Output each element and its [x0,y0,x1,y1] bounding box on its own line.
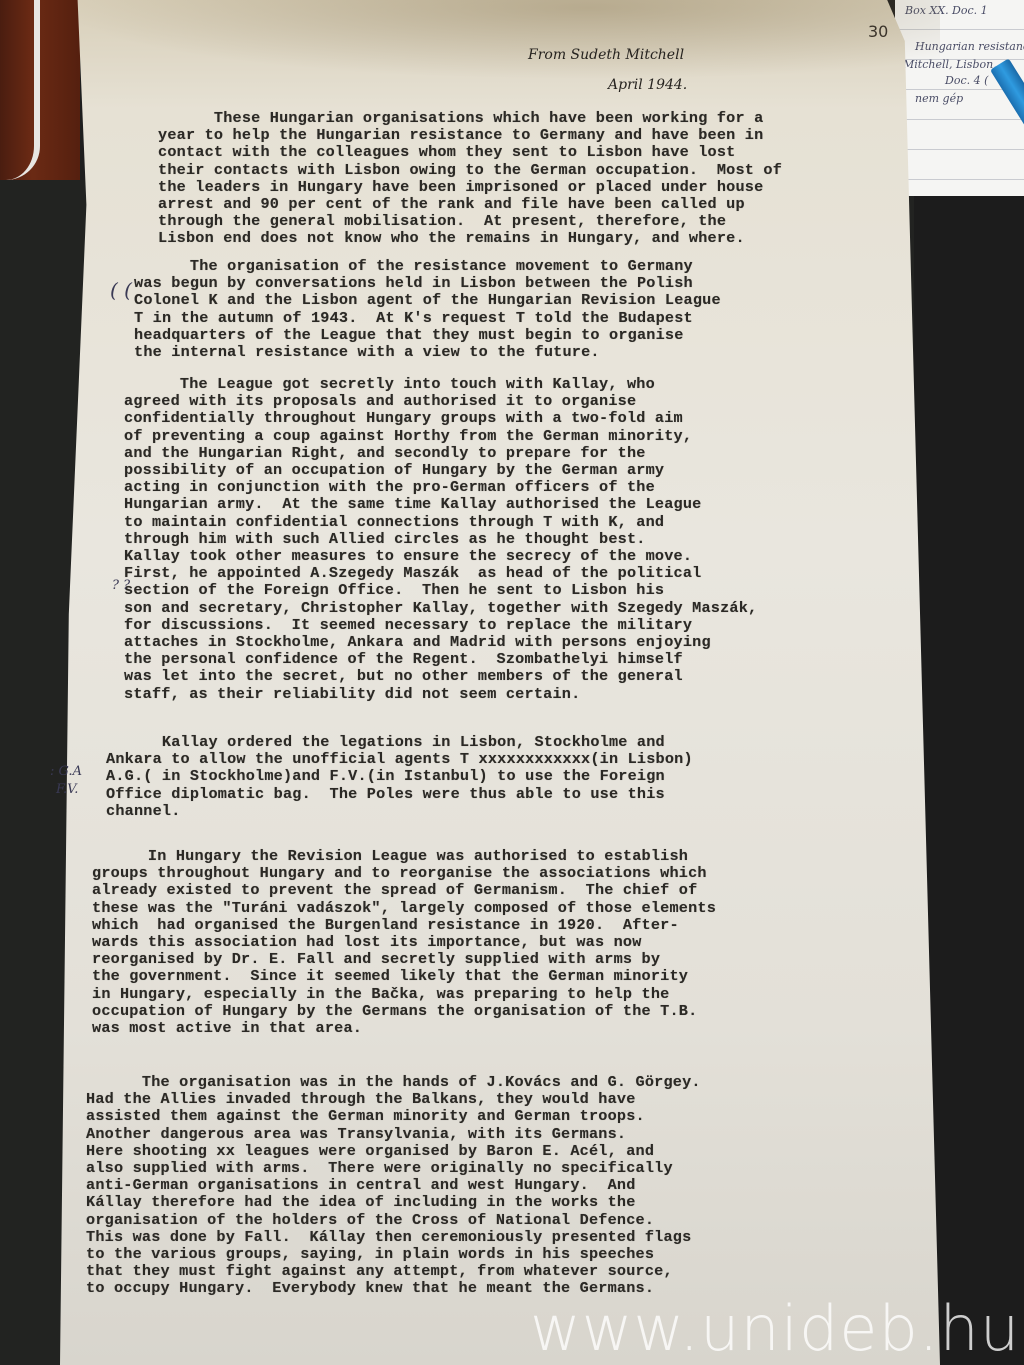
text-line: also supplied with arms. There were orig… [86,1160,701,1177]
text-line: the leaders in Hungary have been impriso… [158,179,782,196]
text-line: Hungarian army. At the same time Kallay … [124,496,757,513]
text-line: First, he appointed A.Szegedy Maszák as … [124,565,757,582]
text-line: wards this association had lost its impo… [92,934,716,951]
text-line: The organisation was in the hands of J.K… [86,1074,701,1091]
text-line: acting in conjunction with the pro-Germa… [124,479,757,496]
note-line: Doc. 4 ( [945,74,988,87]
text-line: was begun by conversations held in Lisbo… [134,275,721,292]
text-line: already existed to prevent the spread of… [92,882,716,899]
text-line: organisation of the holders of the Cross… [86,1212,701,1229]
text-line: occupation of Hungary by the Germans the… [92,1003,716,1020]
handwritten-header: From Sudeth Mitchell April 1944. [528,40,687,100]
text-line: confidentially throughout Hungary groups… [124,410,757,427]
text-line: Kállay therefore had the idea of includi… [86,1194,701,1211]
note-line: Box XX. Doc. 1 [905,4,988,17]
text-line: Lisbon end does not know who the remains… [158,230,782,247]
text-line: A.G.( in Stockholme)and F.V.(in Istanbul… [106,768,693,785]
paragraph: These Hungarian organisations which have… [158,110,782,248]
text-line: through the general mobilisation. At pre… [158,213,782,230]
text-line: was most active in that area. [92,1020,716,1037]
text-line: anti-German organisations in central and… [86,1177,701,1194]
text-line: to the various groups, saying, in plain … [86,1246,701,1263]
paragraph: The organisation of the resistance movem… [134,258,721,361]
note-line: Mitchell, Lisbon, [903,58,997,71]
text-line: groups throughout Hungary and to reorgan… [92,865,716,882]
text-line: the internal resistance with a view to t… [134,344,721,361]
margin-note-initials: F.V. [56,782,78,798]
text-line: attaches in Stockholme, Ankara and Madri… [124,634,757,651]
text-line: that they must fight against any attempt… [86,1263,701,1280]
text-line: Another dangerous area was Transylvania,… [86,1126,701,1143]
text-line: These Hungarian organisations which have… [158,110,782,127]
text-line: The organisation of the resistance movem… [134,258,721,275]
text-line: Had the Allies invaded through the Balka… [86,1091,701,1108]
note-line: Hungarian resistance [915,40,1024,53]
margin-note-brackets: ( ( [110,282,132,298]
text-line: son and secretary, Christopher Kallay, t… [124,600,757,617]
text-line: The League got secretly into touch with … [124,376,757,393]
text-line: reorganised by Dr. E. Fall and secretly … [92,951,716,968]
text-line: agreed with its proposals and authorised… [124,393,757,410]
paragraph: Kallay ordered the legations in Lisbon, … [106,734,693,820]
text-line: and the Hungarian Right, and secondly to… [124,445,757,462]
text-line: Colonel K and the Lisbon agent of the Hu… [134,292,721,309]
handwritten-header-line: From Sudeth Mitchell [528,47,684,63]
text-line: the personal confidence of the Regent. S… [124,651,757,668]
text-line: year to help the Hungarian resistance to… [158,127,782,144]
page-number: 30 [868,22,888,41]
paragraph: The organisation was in the hands of J.K… [86,1074,701,1298]
text-line: these was the "Turáni vadászok", largely… [92,900,716,917]
note-line: nem gép [915,92,963,105]
text-line: staff, as their reliability did not seem… [124,686,757,703]
text-line: Here shooting xx leagues were organised … [86,1143,701,1160]
text-line: in Hungary, especially in the Bačka, was… [92,986,716,1003]
text-line: headquarters of the League that they mus… [134,327,721,344]
margin-note-initials: : G.A [50,764,82,780]
watermark: www.unideb.hu [530,1292,1020,1365]
text-line: contact with the colleagues whom they se… [158,144,782,161]
text-line: Office diplomatic bag. The Poles were th… [106,786,693,803]
paragraph: In Hungary the Revision League was autho… [92,848,716,1037]
text-line: In Hungary the Revision League was autho… [92,848,716,865]
text-line: for discussions. It seemed necessary to … [124,617,757,634]
text-line: of preventing a coup against Horthy from… [124,428,757,445]
text-line: T in the autumn of 1943. At K's request … [134,310,721,327]
text-line: arrest and 90 per cent of the rank and f… [158,196,782,213]
handwritten-notes-page: Box XX. Doc. 1 Hungarian resistance Mitc… [895,0,1024,196]
text-line: to maintain confidential connections thr… [124,514,757,531]
cable [6,0,40,180]
text-line: their contacts with Lisbon owing to the … [158,162,782,179]
text-line: section of the Foreign Office. Then he s… [124,582,757,599]
text-line: This was done by Fall. Kállay then cerem… [86,1229,701,1246]
text-line: which had organised the Burgenland resis… [92,917,716,934]
margin-note-question-marks: ? ? [112,578,130,594]
text-line: Kallay ordered the legations in Lisbon, … [106,734,693,751]
paragraph: The League got secretly into touch with … [124,376,757,703]
text-line: channel. [106,803,693,820]
text-line: the government. Since it seemed likely t… [92,968,716,985]
text-line: through him with such Allied circles as … [124,531,757,548]
handwritten-header-line: April 1944. [528,70,687,100]
text-line: Ankara to allow the unofficial agents T … [106,751,693,768]
text-line: possibility of an occupation of Hungary … [124,462,757,479]
text-line: Kallay took other measures to ensure the… [124,548,757,565]
text-line: was let into the secret, but no other me… [124,668,757,685]
text-line: assisted them against the German minorit… [86,1108,701,1125]
